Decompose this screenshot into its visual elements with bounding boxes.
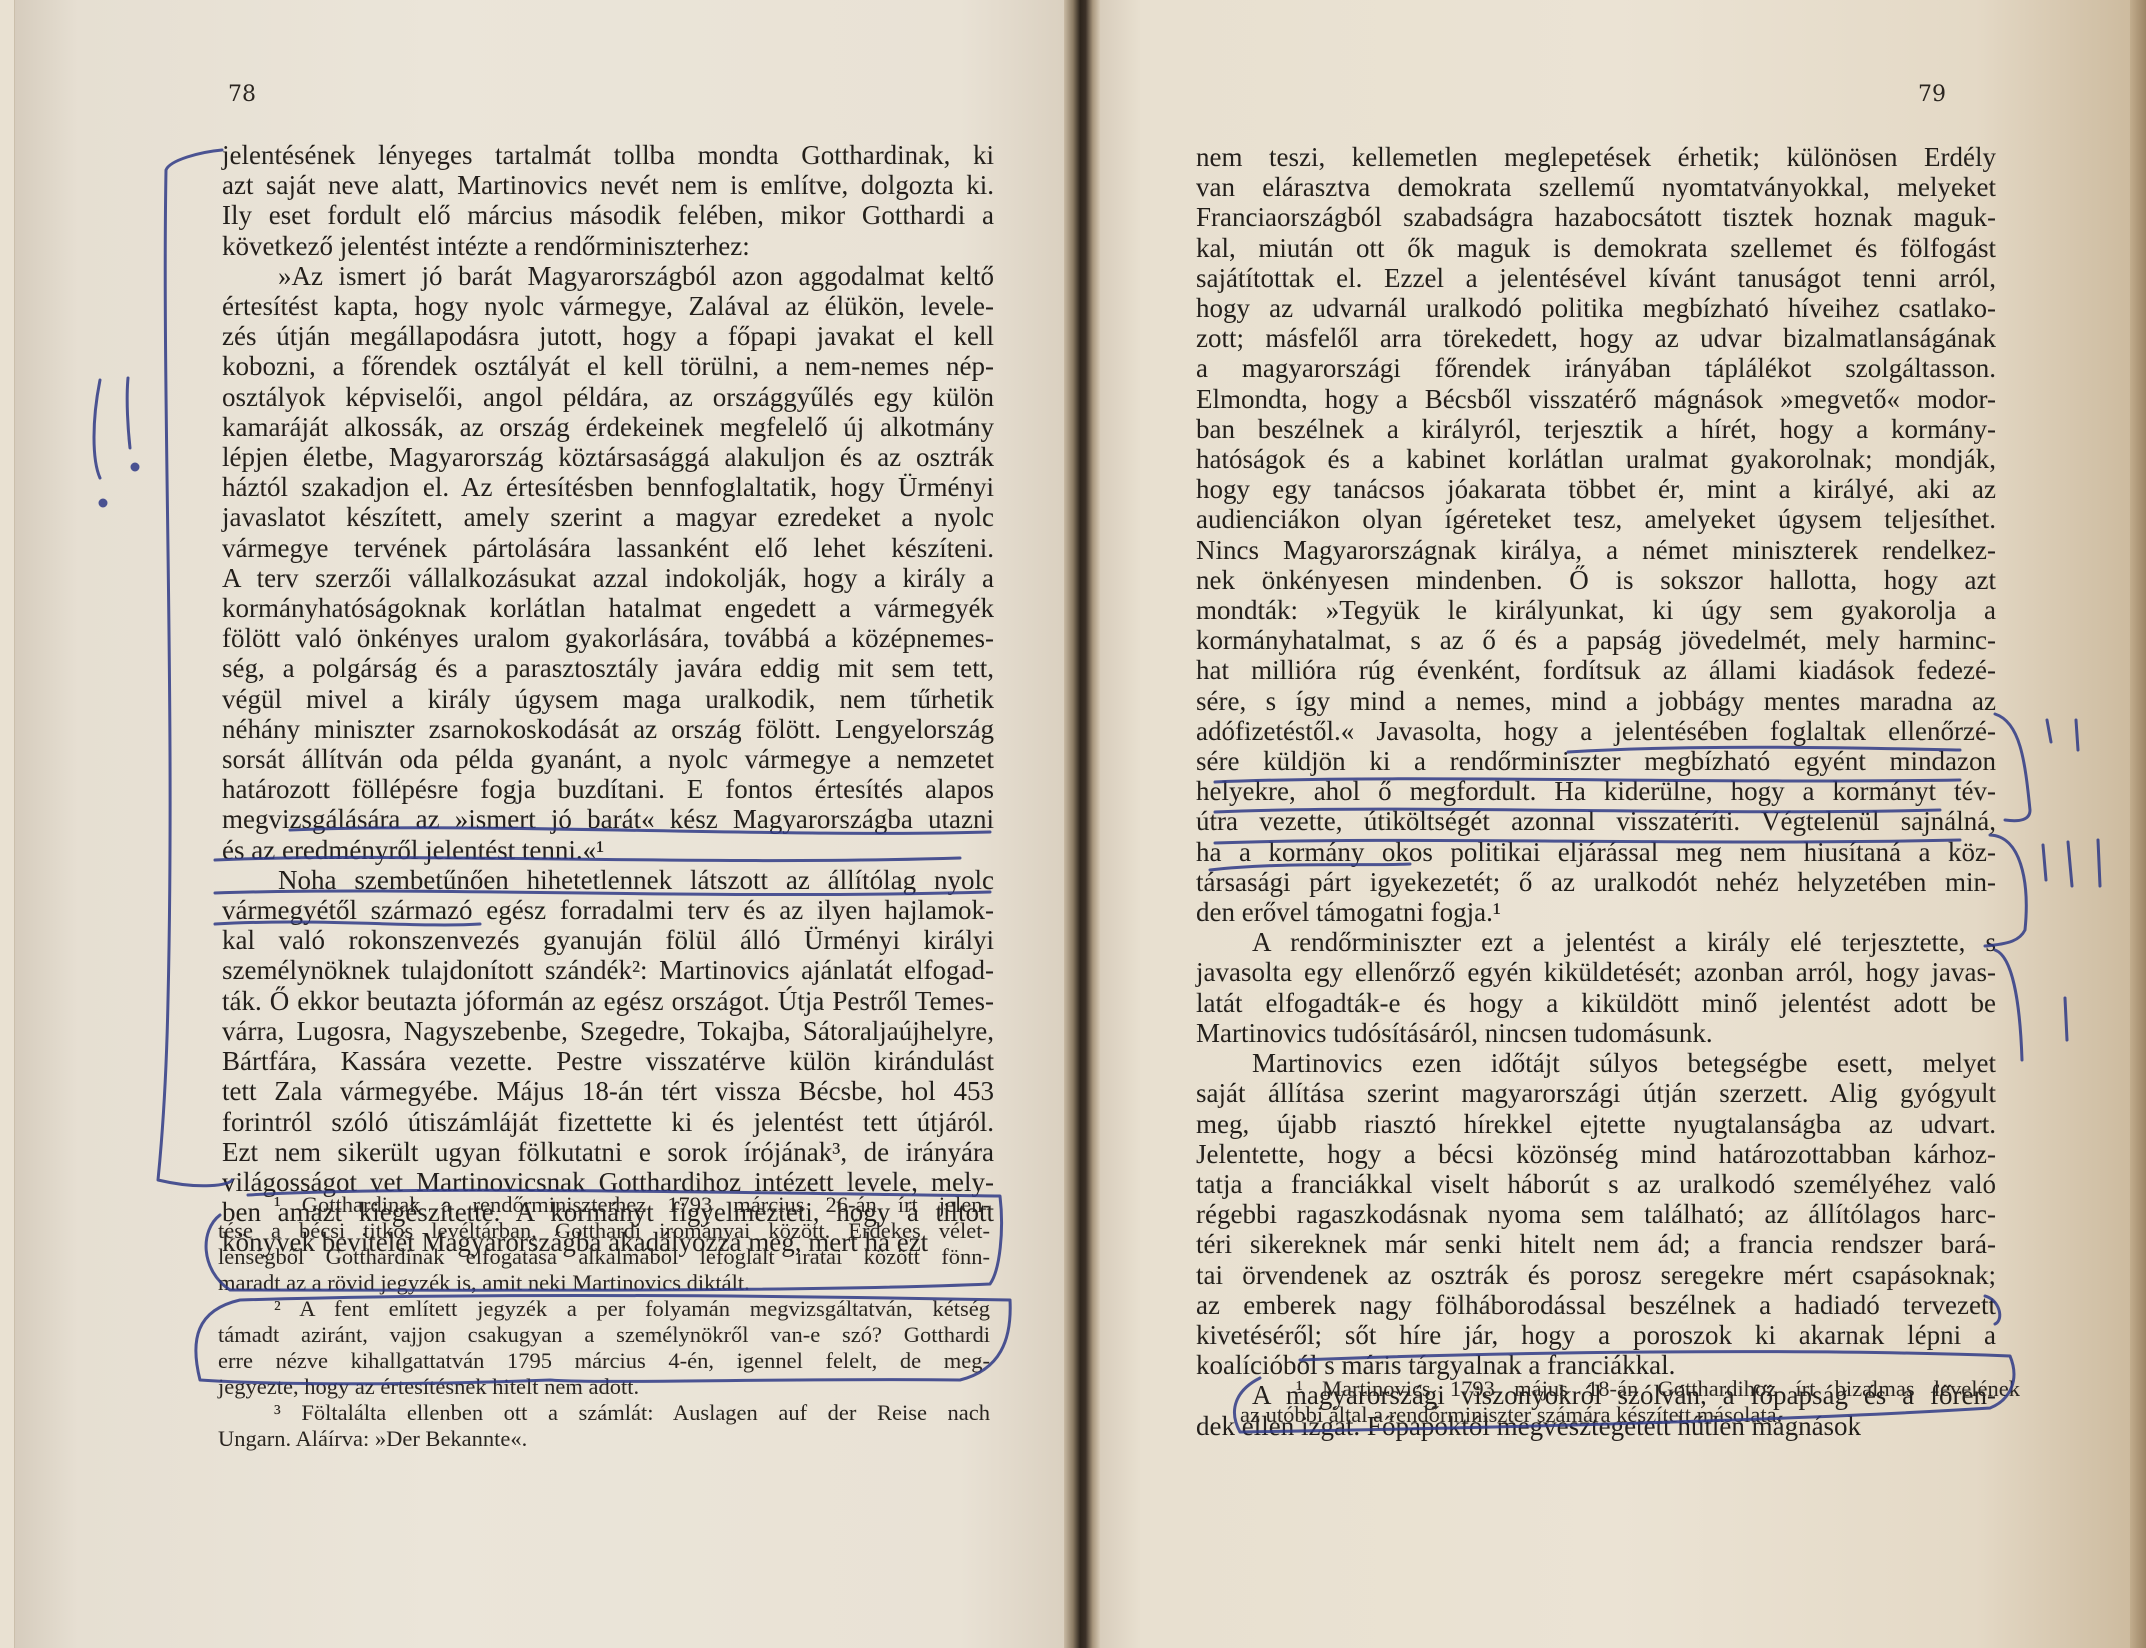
book-gutter	[1064, 0, 1100, 1648]
text-line: ¹ Gotthardinak a rendőrminiszterhez 1793…	[218, 1192, 990, 1218]
text-line: sajátítottak el. Ezzel a jelentésével kí…	[1196, 263, 1996, 293]
text-line: Martinovics tudósításáról, nincsen tudom…	[1196, 1018, 1996, 1048]
text-line: háztól szakadjon el. Az értesítésben ben…	[222, 472, 994, 502]
text-line: sére küldjön ki a rendőrminiszter megbíz…	[1196, 746, 1996, 776]
text-line: útra vezette, útiköltségét azonnal vissz…	[1196, 806, 1996, 836]
text-line: kivetéséről; sőt híre jár, hogy a porosz…	[1196, 1320, 1996, 1350]
text-line: vármegye tervének pártolására lassanként…	[222, 533, 994, 563]
page-number-left: 78	[228, 82, 256, 107]
text-line: Franciaországból szabadságra hazabocsáto…	[1196, 202, 1996, 232]
text-line: ³ Föltalálta ellenben ott a számlát: Aus…	[218, 1400, 990, 1426]
left-page-body-text: jelentésének lényeges tartalmát tollba m…	[222, 140, 994, 1258]
text-line: ha a kormány okos politikai eljárással m…	[1196, 837, 1996, 867]
text-line: kormányhatóságoknak korlátlan hatalmat e…	[222, 593, 994, 623]
text-line: és az eredményről jelentést tenni.«¹	[222, 835, 994, 865]
text-line: saját állítása szerint magyarországi útj…	[1196, 1078, 1996, 1108]
text-line: ban beszélnek a királyról, terjesztik a …	[1196, 414, 1996, 444]
text-line: javaslatot készített, amely szerint a ma…	[222, 502, 994, 532]
text-line: van elárasztva demokrata szellemű nyomta…	[1196, 172, 1996, 202]
text-line: kal való rokonszenvezés gyanuján fölül á…	[222, 925, 994, 955]
text-line: végül mivel a király úgysem maga uralkod…	[222, 684, 994, 714]
text-line: ² A fent említett jegyzék a per folyamán…	[218, 1296, 990, 1322]
text-line: várra, Lugosra, Nagyszebenbe, Szegedre, …	[222, 1016, 994, 1046]
text-line: hatóságok és a kabinet korlátlan uralmat…	[1196, 444, 1996, 474]
text-line: ség, a polgárság és a parasztosztály jav…	[222, 653, 994, 683]
text-line: hat millióra rúg évenként, fordítsuk az …	[1196, 655, 1996, 685]
text-line: den erővel támogatni fogja.¹	[1196, 897, 1996, 927]
text-line: osztályok képviselői, angol példára, az …	[222, 382, 994, 412]
text-line: sére, s így mind a nemes, mind a jobbágy…	[1196, 686, 1996, 716]
text-line: vármegyétől származó egész forradalmi te…	[222, 895, 994, 925]
text-line: audienciákon olyan ígéreteket tesz, amel…	[1196, 504, 1996, 534]
page-edge	[2130, 0, 2146, 1648]
text-line: ¹ Martinovics 1793 május 18-án Gotthardi…	[1240, 1376, 2020, 1402]
text-line: tése a bécsi titkos levéltárban, Gotthar…	[218, 1218, 990, 1244]
text-line: Ezt nem sikerült ugyan fölkutatni e soro…	[222, 1137, 994, 1167]
text-line: A terv szerzői vállalkozásukat azzal ind…	[222, 563, 994, 593]
text-line: Ily eset fordult elő március második fel…	[222, 200, 994, 230]
text-line: jelentésének lényeges tartalmát tollba m…	[222, 140, 994, 170]
text-line: meg, újabb riasztó hírekkel ejtette nyug…	[1196, 1109, 1996, 1139]
text-line: zés útján megállapodásra jutott, hogy a …	[222, 321, 994, 351]
text-line: mondták: »Tegyük le királyunkat, ki úgy …	[1196, 595, 1996, 625]
text-line: a magyarországi főrendek irányában táplá…	[1196, 353, 1996, 383]
text-line: értesítést kapta, hogy nyolc vármegye, Z…	[222, 291, 994, 321]
text-line: következő jelentést intézte a rendőrmini…	[222, 231, 994, 261]
text-line: hogy egy tanácsos jóakarata többet ér, m…	[1196, 474, 1996, 504]
text-line: kormányhatalmat, s az ő és a papság jöve…	[1196, 625, 1996, 655]
page-number-right: 79	[1918, 82, 1946, 107]
right-page-footnotes: ¹ Martinovics 1793 május 18-án Gotthardi…	[1240, 1376, 2020, 1428]
text-line: kal, miután ott ők maguk is demokrata sz…	[1196, 233, 1996, 263]
text-line: zott; másfelől arra törekedett, hogy az …	[1196, 323, 1996, 353]
text-line: régebbi ragaszkodásnak nyoma sem találha…	[1196, 1199, 1996, 1229]
text-line: téri sikereknek már senki hitelt nem ád;…	[1196, 1229, 1996, 1259]
text-line: Martinovics ezen időtájt súlyos betegség…	[1196, 1048, 1996, 1078]
text-line: ták. Ő ekkor beutazta jóformán az egész …	[222, 986, 994, 1016]
text-line: Jelentette, hogy a bécsi közönség mind h…	[1196, 1139, 1996, 1169]
text-line: támadt aziránt, vajjon csakugyan a szemé…	[218, 1322, 990, 1348]
text-line: azt saját neve alatt, Martinovics nevét …	[222, 170, 994, 200]
text-line: lépjen életbe, Magyarország köztársaságg…	[222, 442, 994, 472]
text-line: megvizsgálására az »ismert jó barát« kés…	[222, 804, 994, 834]
text-line: társasági párt igyekezetét; ő az uralkod…	[1196, 867, 1996, 897]
text-line: néhány miniszter zsarnokoskodását az ors…	[222, 714, 994, 744]
text-line: nek önkényesen mindenben. Ő is sokszor h…	[1196, 565, 1996, 595]
text-line: tai örvendenek az osztrák és porosz sere…	[1196, 1260, 1996, 1290]
text-line: adófizetéstől.« Javasolta, hogy a jelent…	[1196, 716, 1996, 746]
text-line: Ungarn. Aláírva: »Der Bekannte«.	[218, 1426, 990, 1452]
text-line: maradt az a rövid jegyzék is, amit neki …	[218, 1270, 990, 1296]
text-line: Bártfára, Kassára vezette. Pestre vissza…	[222, 1046, 994, 1076]
text-line: forintról szóló útiszámláját fizettette …	[222, 1107, 994, 1137]
text-line: A rendőrminiszter ezt a jelentést a kirá…	[1196, 927, 1996, 957]
text-line: sorsát állítván oda példa gyanánt, a nyo…	[222, 744, 994, 774]
text-line: »Az ismert jó barát Magyarországból azon…	[222, 261, 994, 291]
text-line: kamaráját alkossák, az ország érdekeinek…	[222, 412, 994, 442]
text-line: jegyezte, hogy az értesítésnek hitelt ne…	[218, 1374, 990, 1400]
text-line: fölött való önkényes uralom gyakorlására…	[222, 623, 994, 653]
text-line: tett Zala vármegyébe. Május 18-án tért v…	[222, 1076, 994, 1106]
text-line: helyekre, ahol ő megfordult. Ha kiderüln…	[1196, 776, 1996, 806]
text-line: személynöknek tulajdonított szándék²: Ma…	[222, 955, 994, 985]
right-page-body-text: nem teszi, kellemetlen meglepetések érhe…	[1196, 142, 1996, 1441]
text-line: hogy az udvarnál uralkodó politika megbí…	[1196, 293, 1996, 323]
open-book-spread: 78 79 jelentésének lényeges tartalmát to…	[0, 0, 2146, 1648]
text-line: Nincs Magyarországnak királya, a német m…	[1196, 535, 1996, 565]
left-page-footnotes: ¹ Gotthardinak a rendőrminiszterhez 1793…	[218, 1192, 990, 1452]
text-line: az utóbbi által a rendőrminiszter számár…	[1240, 1402, 2020, 1428]
text-line: az emberek nagy fölháborodással beszélne…	[1196, 1290, 1996, 1320]
text-line: erre nézve kihallgattatván 1795 március …	[218, 1348, 990, 1374]
text-line: Noha szembetűnően hihetetlennek látszott…	[222, 865, 994, 895]
text-line: lenségből Gotthardinak elfogatása alkalm…	[218, 1244, 990, 1270]
text-line: Elmondta, hogy a Bécsből visszatérő mágn…	[1196, 384, 1996, 414]
text-line: javasolta egy ellenőrző egyén kiküldetés…	[1196, 957, 1996, 987]
text-line: határozott föllépésre fogja buzdítani. E…	[222, 774, 994, 804]
text-line: nem teszi, kellemetlen meglepetések érhe…	[1196, 142, 1996, 172]
text-line: kobozni, a főrendek osztályát el kell tö…	[222, 351, 994, 381]
text-line: tatja a franciákkal viselt háborút s az …	[1196, 1169, 1996, 1199]
text-line: latát elfogadták-e és hogy a kiküldött m…	[1196, 988, 1996, 1018]
